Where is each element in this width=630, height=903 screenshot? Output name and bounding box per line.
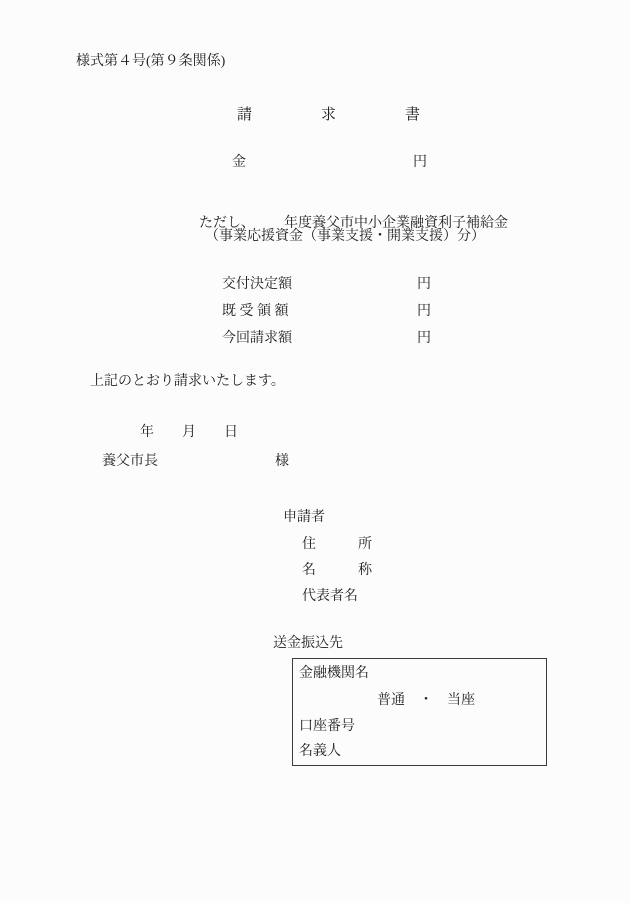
applicant-representative-label: 代表者名	[302, 590, 358, 604]
applicant-address-label: 住 所	[302, 538, 372, 552]
claim-amount-label: 今回請求額	[222, 332, 292, 346]
grant-decision-unit-label: 円	[417, 278, 431, 292]
applicant-heading: 申請者	[283, 511, 325, 525]
addressee-honorific: 様	[275, 455, 289, 469]
applicant-name-label: 名 称	[302, 564, 372, 578]
amount-prefix-label: 金	[232, 156, 246, 170]
declaration-text: 上記のとおり請求いたします。	[90, 375, 285, 389]
received-amount-label: 既 受 領 額	[222, 305, 289, 319]
claim-amount-unit-label: 円	[417, 332, 431, 346]
form-number-label: 様式第４号(第９条関係)	[76, 55, 225, 69]
remittance-heading: 送金振込先	[273, 637, 343, 651]
grant-decision-label: 交付決定額	[222, 278, 292, 292]
document-title: 請 求 書	[237, 108, 447, 123]
date-line: 年 月 日	[140, 426, 238, 440]
account-number-label: 口座番号	[299, 720, 355, 734]
proviso-note-label: （事業応援資金（事業支援・開業支援）分）	[205, 230, 485, 244]
received-amount-unit-label: 円	[417, 305, 431, 319]
document-page: 様式第４号(第９条関係) 請 求 書 金 円 ただし、年度養父市中小企業融資利子…	[0, 0, 630, 903]
bank-institution-label: 金融機関名	[299, 667, 369, 681]
addressee-name: 養父市長	[102, 455, 158, 469]
account-holder-label: 名義人	[299, 745, 341, 759]
account-type-options: 普通 ・ 当座	[377, 694, 475, 708]
amount-unit-label: 円	[413, 156, 427, 170]
